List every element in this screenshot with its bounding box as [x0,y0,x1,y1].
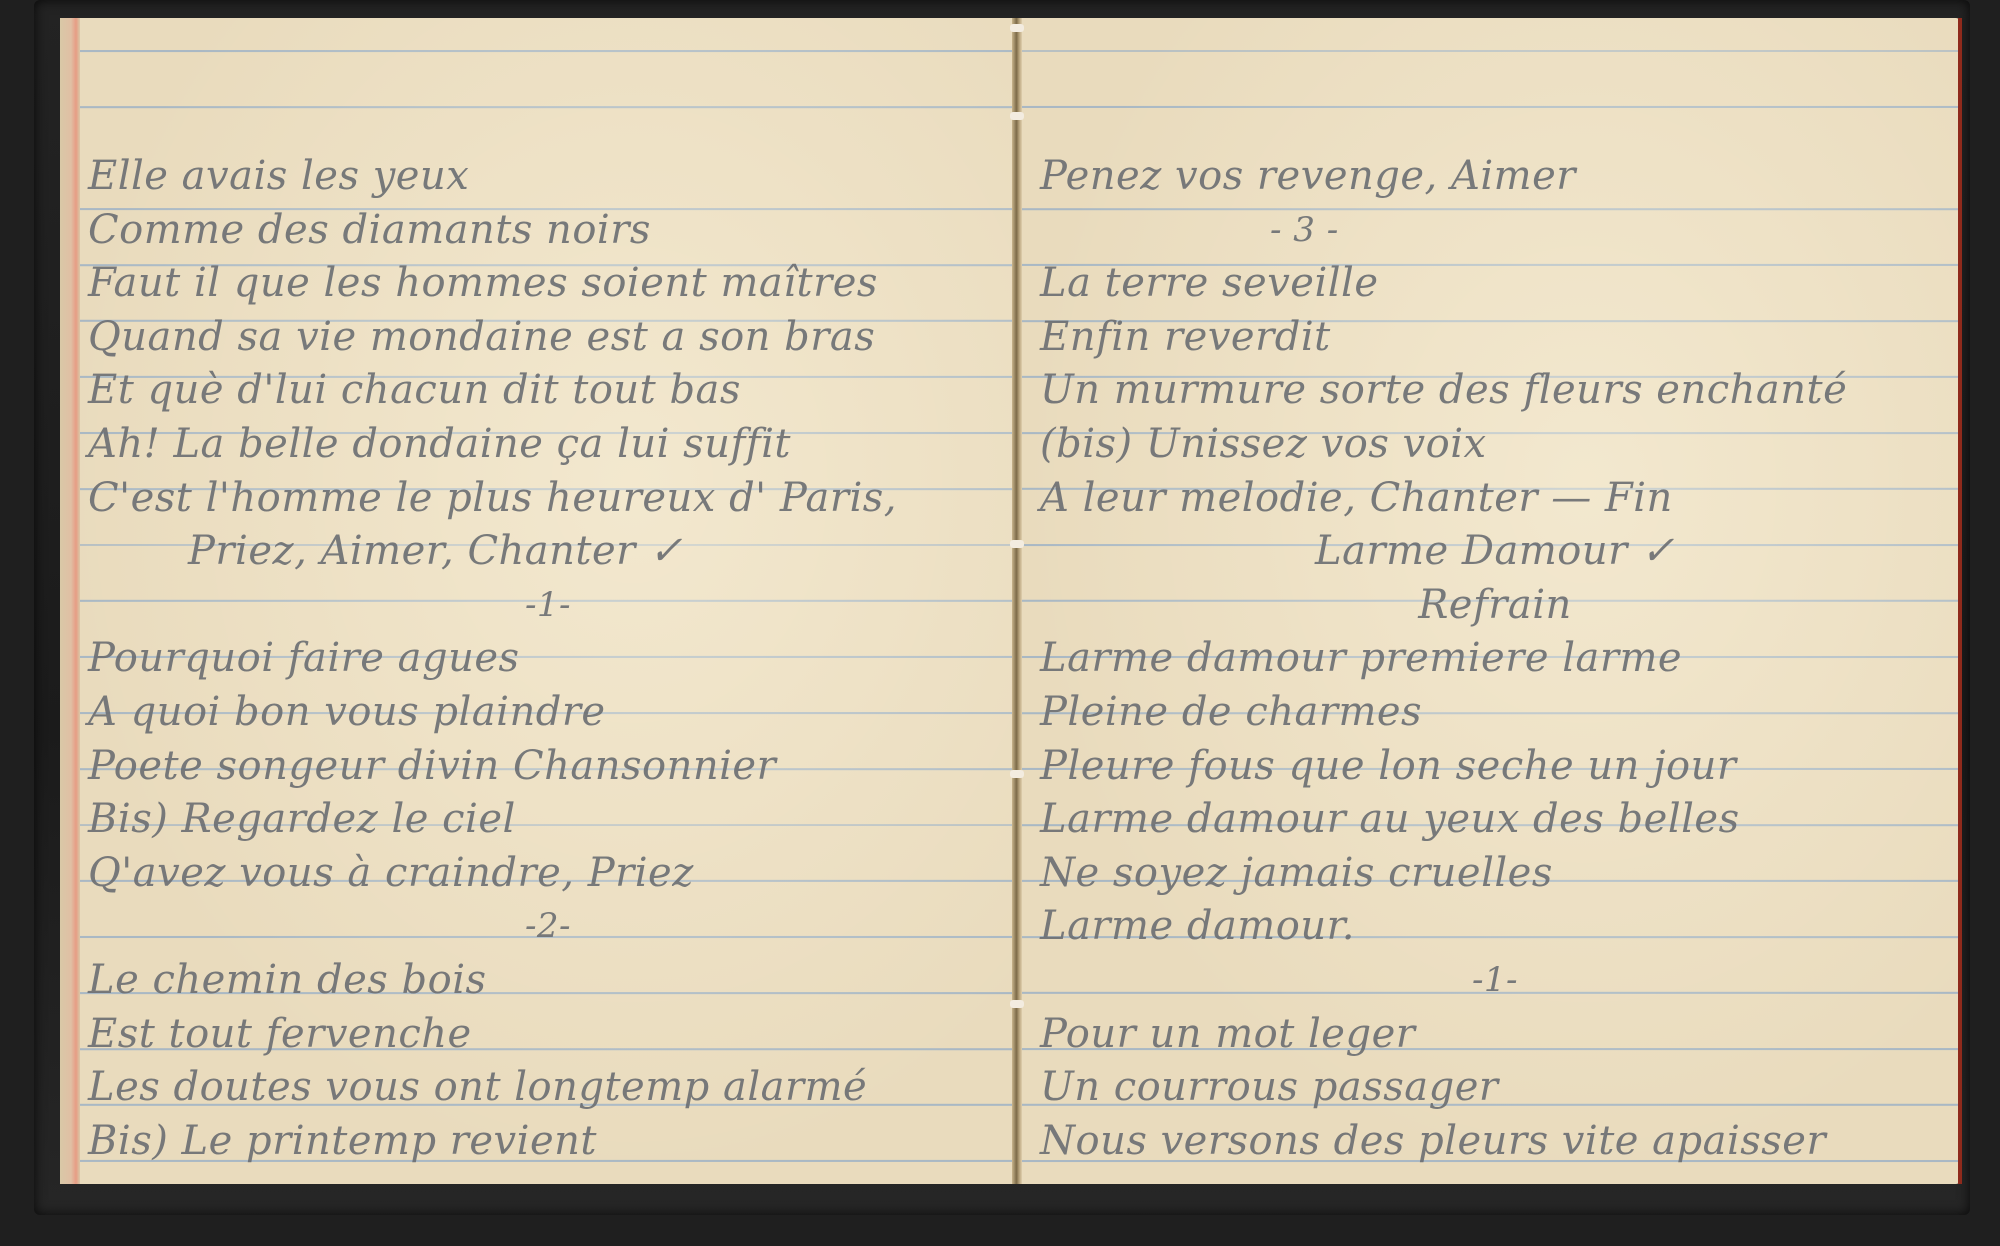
verse-number: -1- [1040,954,1950,1008]
binding-stitch [1010,540,1024,548]
handwritten-line: Nous versons des pleurs vite apaisser [1040,1115,1950,1169]
verse-number: -2- [88,900,1008,954]
handwritten-line: Larme damour. [1040,900,1950,954]
left-page-text: Elle avais les yeux Comme des diamants n… [88,150,1008,1168]
handwritten-line: A leur melodie, Chanter — Fin [1040,472,1950,526]
handwritten-line: Est tout fervenche [88,1008,1008,1062]
verse-number: -1- [88,579,1008,633]
handwritten-line: Pleine de charmes [1040,686,1950,740]
handwritten-line: Quand sa vie mondaine est a son bras [88,311,1008,365]
handwritten-line: A quoi bon vous plaindre [88,686,1008,740]
handwritten-line: Pleure fous que lon seche un jour [1040,740,1950,794]
handwritten-line: Comme des diamants noirs [88,204,1008,258]
right-page-red-edge [1958,18,1962,1184]
handwritten-line: C'est l'homme le plus heureux d' Paris, [88,472,1008,526]
handwritten-line: Bis) Le printemp revient [88,1115,1008,1169]
refrain-label: Refrain [1040,579,1950,633]
handwritten-line: Penez vos revenge, Aimer [1040,150,1950,204]
handwritten-line: (bis) Unissez vos voix [1040,418,1950,472]
handwritten-line: La terre seveille [1040,257,1950,311]
handwritten-line: Ne soyez jamais cruelles [1040,847,1950,901]
handwritten-line: Enfin reverdit [1040,311,1950,365]
verse-number: - 3 - [1040,204,1950,258]
handwritten-line: Larme damour au yeux des belles [1040,793,1950,847]
handwritten-line: Les doutes vous ont longtemp alarmé [88,1061,1008,1115]
left-page-red-edge [60,18,80,1184]
handwritten-line: Le chemin des bois [88,954,1008,1008]
right-page-text: Penez vos revenge, Aimer - 3 - La terre … [1040,150,1950,1168]
handwritten-line: Bis) Regardez le ciel [88,793,1008,847]
handwritten-line: Un courrous passager [1040,1061,1950,1115]
handwritten-line: Et què d'lui chacun dit tout bas [88,364,1008,418]
handwritten-line: Un murmure sorte des fleurs enchanté [1040,364,1950,418]
handwritten-line: Pourquoi faire agues [88,632,1008,686]
binding-stitch [1010,1000,1024,1008]
binding-gutter [1012,18,1022,1184]
handwritten-line: Q'avez vous à craindre, Priez [88,847,1008,901]
binding-stitch [1010,112,1024,120]
handwritten-line: Faut il que les hommes soient maîtres [88,257,1008,311]
handwritten-line: Poete songeur divin Chansonnier [88,740,1008,794]
handwritten-line: Larme damour premiere larme [1040,632,1950,686]
chorus-title: Priez, Aimer, Chanter ✓ [88,525,1008,579]
binding-stitch [1010,24,1024,32]
handwritten-line: Ah! La belle dondaine ça lui suffit [88,418,1008,472]
handwritten-line: Elle avais les yeux [88,150,1008,204]
handwritten-line: Pour un mot leger [1040,1008,1950,1062]
song-title: Larme Damour ✓ [1040,525,1950,579]
binding-stitch [1010,770,1024,778]
